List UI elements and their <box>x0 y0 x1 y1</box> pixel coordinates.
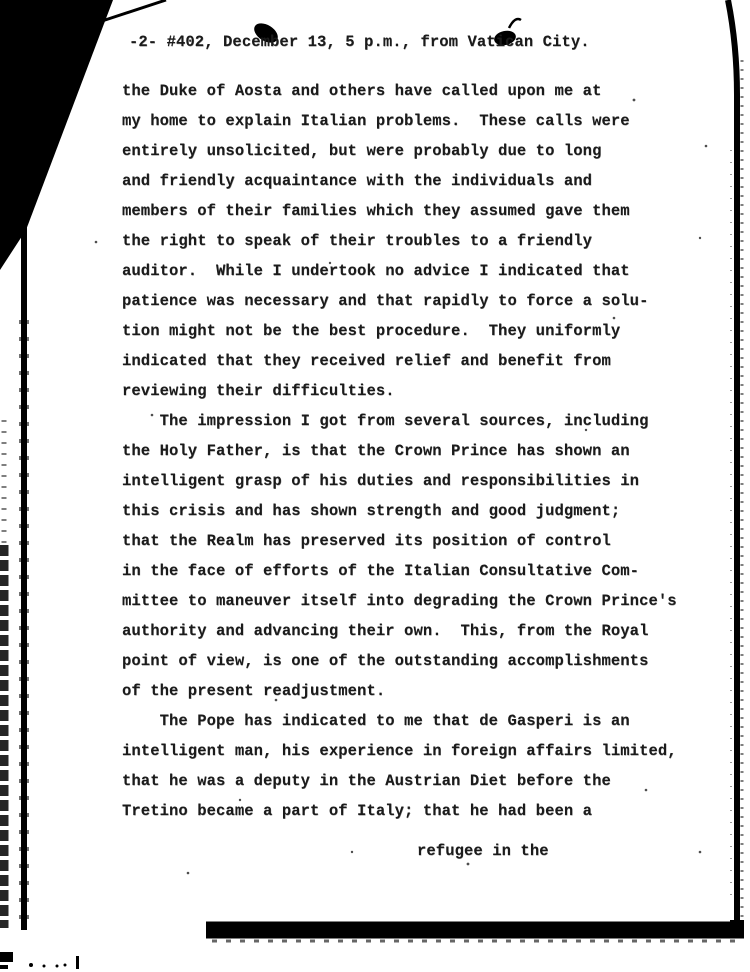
scanned-document-page: -2- #402, December 13, 5 p.m., from Vati… <box>0 0 750 972</box>
bottom-left-mark <box>0 952 13 962</box>
paragraph-calls-upon-me: the Duke of Aosta and others have called… <box>122 76 702 406</box>
bottom-left-dot <box>43 965 46 968</box>
document-body: the Duke of Aosta and others have called… <box>122 76 702 826</box>
bottom-left-dot <box>29 963 33 967</box>
right-page-edge-line <box>728 0 737 930</box>
corner-crease-line <box>99 0 166 22</box>
paragraph-crown-prince: The impression I got from several source… <box>122 406 702 706</box>
folded-corner-icon <box>0 0 113 270</box>
dropped-line-fragment: refugee in the <box>417 836 637 866</box>
paragraph-de-gasperi: The Pope has indicated to me that de Gas… <box>122 706 702 826</box>
bottom-left-dot <box>64 964 67 967</box>
document-header: -2- #402, December 13, 5 p.m., from Vati… <box>129 31 689 53</box>
bottom-left-mark-small <box>0 965 8 969</box>
bottom-left-dot <box>56 965 59 968</box>
overstrike-squiggle <box>509 19 521 28</box>
bottom-left-tick <box>76 956 79 969</box>
